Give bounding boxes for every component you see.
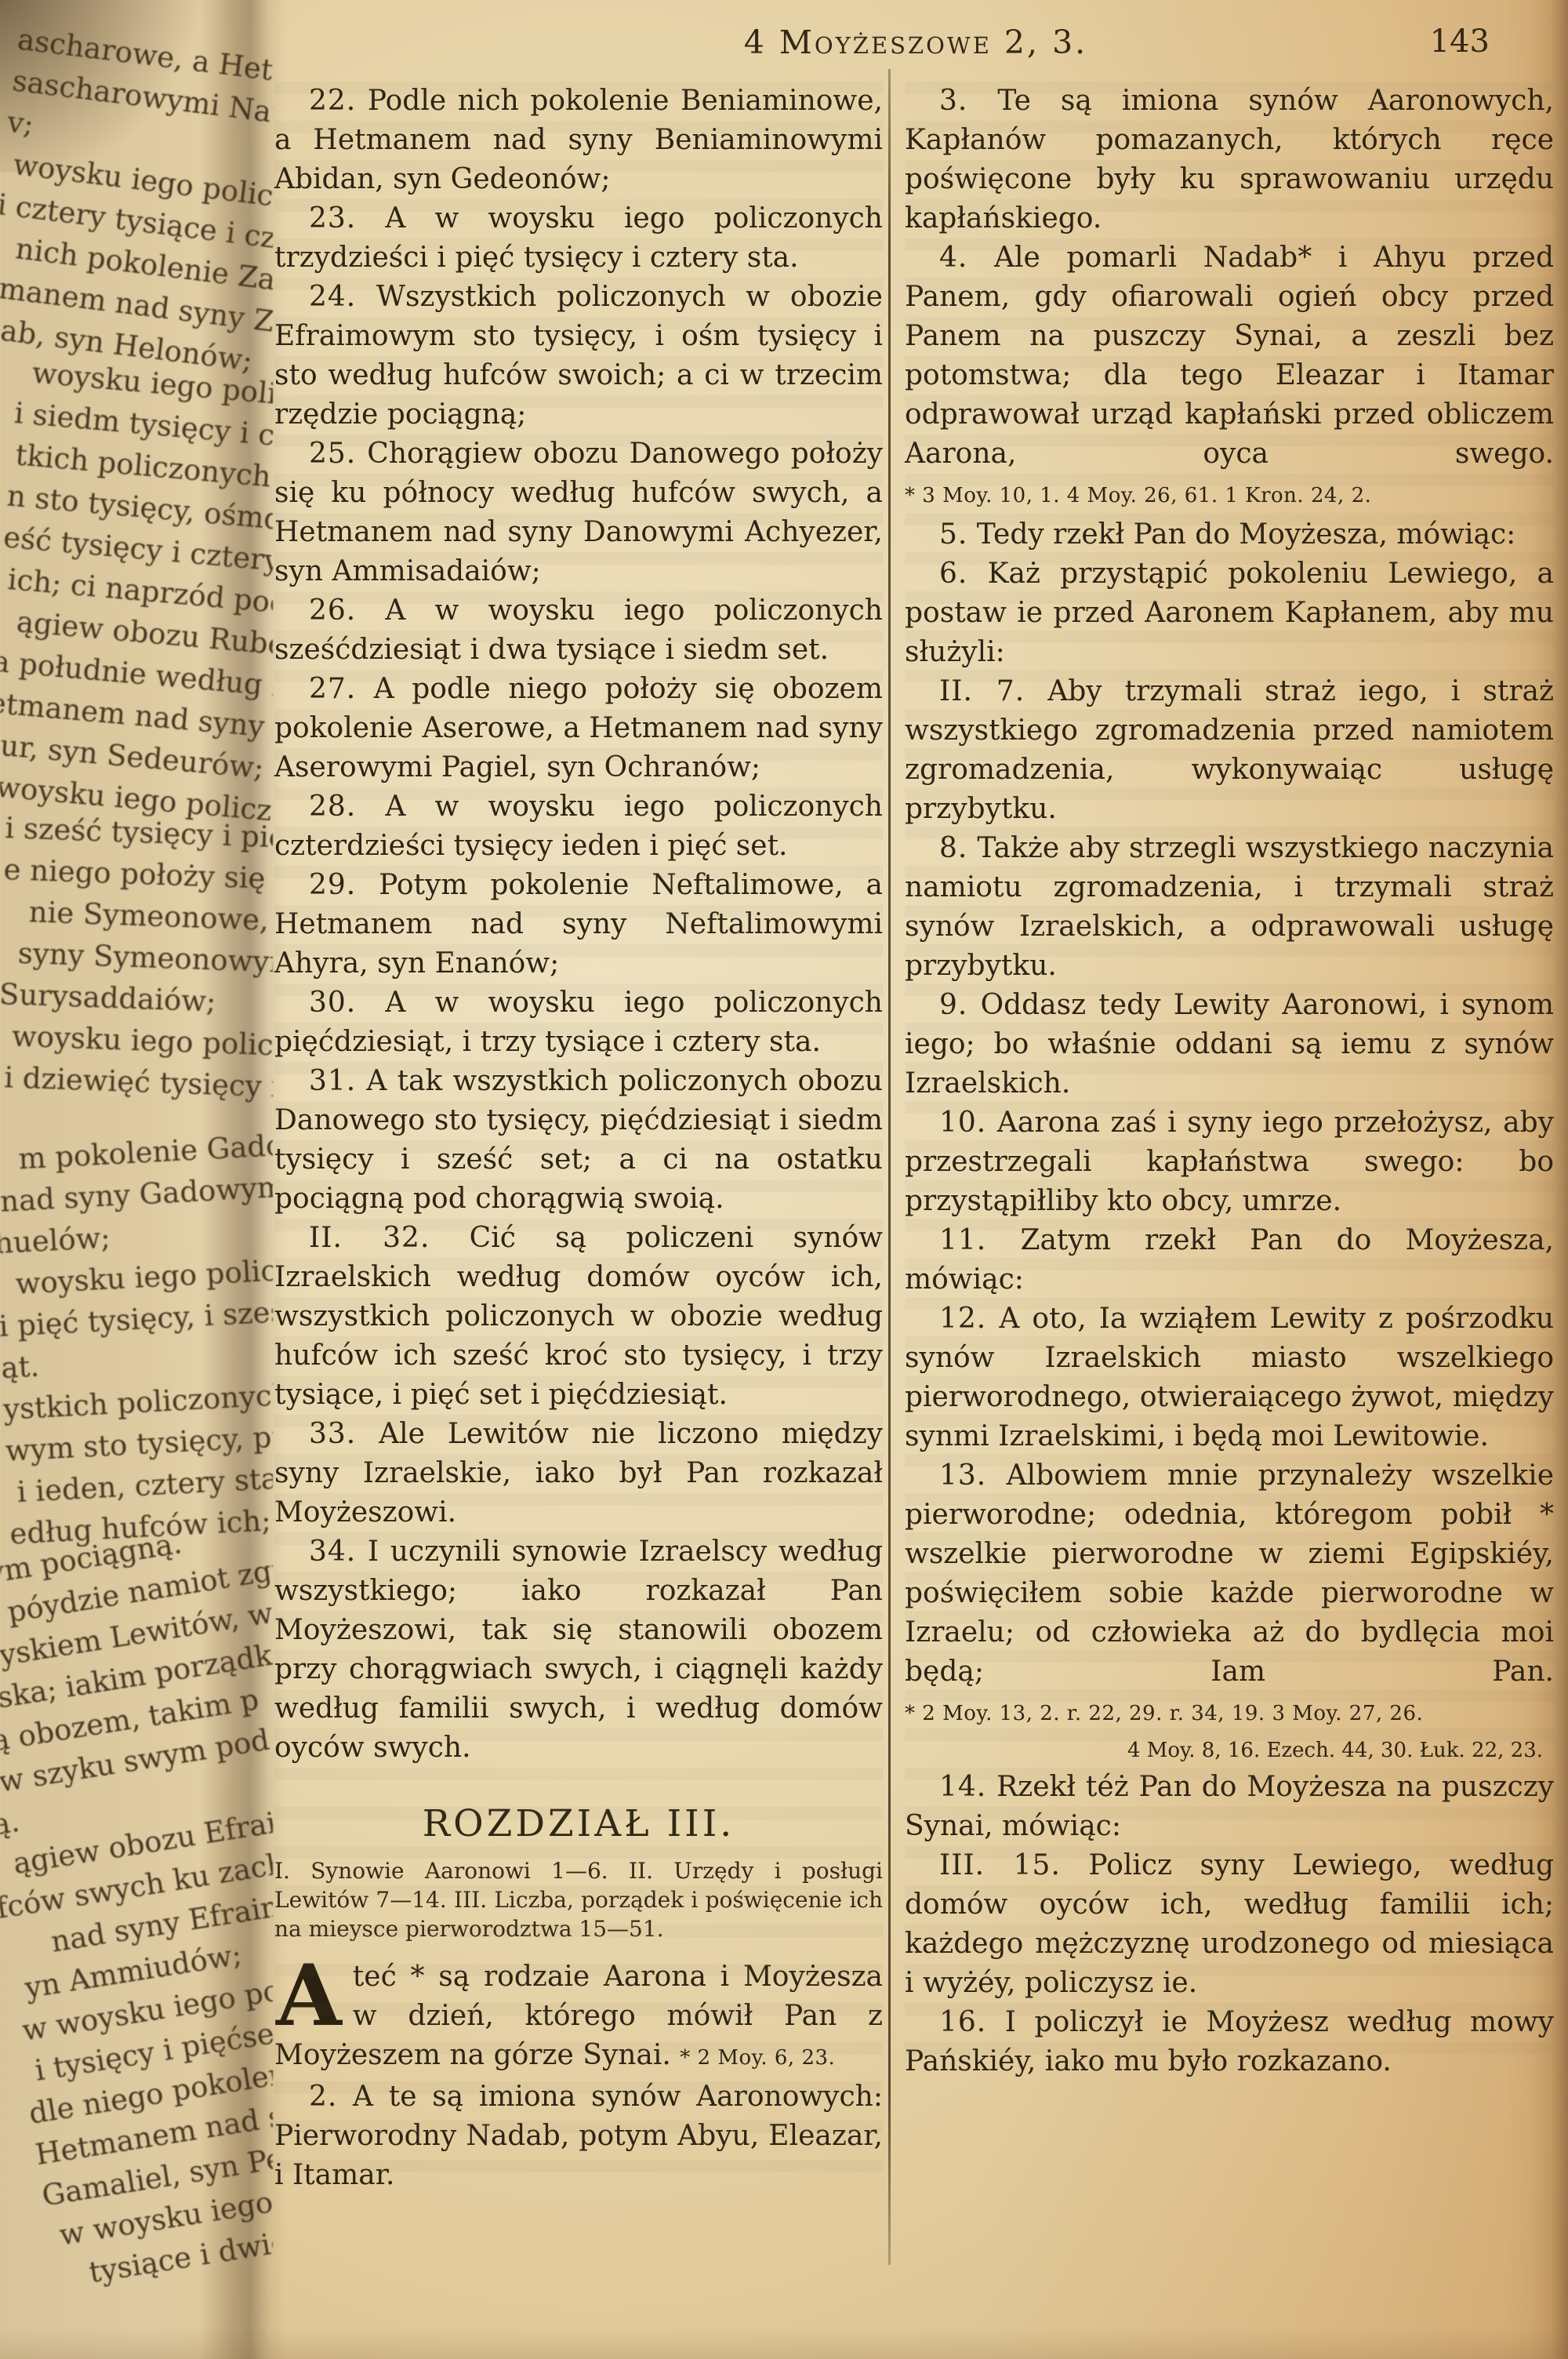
scanned-bible-page: ascharowe, a Hetmsascharowymi Natav;woys… [0, 0, 1568, 2359]
verse-number: 14. [939, 1771, 986, 1803]
verse-number: 34. [309, 1536, 356, 1568]
verse-number: 27. [309, 673, 356, 705]
verse-number: III. 15. [939, 1849, 1061, 1881]
verse-number: 10. [939, 1107, 986, 1139]
verse-paragraph: 12. A oto, Ia wziąłem Lewity z pośrzodku… [905, 1299, 1554, 1456]
verse-paragraph: 16. I policzył ie Moyżesz według mowy Pa… [905, 2003, 1554, 2081]
verse-paragraph: 5. Tedy rzekł Pan do Moyżesza, mówiąc: [905, 515, 1554, 554]
verse-number: 13. [939, 1459, 986, 1492]
verse-number: 12. [939, 1303, 986, 1335]
curved-text-segment: órym pociągną.m póydzie namiot zgrwoyski… [0, 1517, 273, 2299]
verse-paragraph: 33. Ale Lewitów nie liczono między syny … [274, 1415, 883, 1532]
verse-number: 29. [309, 869, 356, 901]
verse-paragraph: Ateć * są rodzaie Aarona i Moyżesza w dz… [274, 1957, 883, 2077]
verse-number: 33. [309, 1418, 356, 1450]
drop-cap-initial: A [274, 1957, 353, 2030]
verse-number: II. 7. [939, 675, 1025, 707]
verse-paragraph: 23. A w woysku iego policzonych trzydzie… [274, 199, 883, 278]
verse-number: 2. [309, 2081, 337, 2113]
curved-text-segment: woysku iego policzoi siedm tysięcy i czt… [0, 351, 273, 830]
verse-number: II. 32. [309, 1222, 430, 1254]
verse-number: 16. [939, 2006, 986, 2038]
verse-paragraph: 13. Albowiem mnie przynależy wszelkie pi… [905, 1456, 1554, 1733]
verse-paragraph: 26. A w woysku iego policzonych sześćdzi… [274, 591, 883, 670]
scripture-reference: * 3 Moy. 10, 1. 4 Moy. 26, 61. 1 Kron. 2… [905, 484, 1371, 507]
verse-number: 22. [309, 85, 356, 117]
curved-text-segment: ascharowe, a Hetmsascharowymi Natav;woys… [0, 19, 273, 382]
scripture-reference: 4 Moy. 8, 16. Ezech. 44, 30. Łuk. 22, 23… [905, 1733, 1554, 1768]
verse-number: 28. [309, 791, 356, 823]
verse-paragraph: 4. Ale pomarli Nadab* i Ahyu przed Panem… [905, 238, 1554, 515]
verse-paragraph: 24. Wszystkich policzonych w obozie Efra… [274, 278, 883, 434]
verse-number: 31. [309, 1065, 356, 1097]
verse-paragraph: II. 32. Cić są policzeni synów Izraelski… [274, 1219, 883, 1415]
verse-paragraph: 14. Rzekł téż Pan do Moyżesza na puszczy… [905, 1768, 1554, 1846]
verse-number: 25. [309, 438, 356, 470]
page-header: 4 Moyżeszowe 2, 3. 143 [273, 24, 1559, 78]
main-text-column-right: 3. Te są imiona synów Aaronowych, Kapłan… [905, 82, 1554, 2081]
verse-paragraph: 10. Aarona zaś i syny iego przełożysz, a… [905, 1103, 1554, 1221]
verse-paragraph: 6. Każ przystąpić pokoleniu Lewiego, a p… [905, 554, 1554, 672]
verse-paragraph: 11. Zatym rzekł Pan do Moyżesza, mówiąc: [905, 1221, 1554, 1299]
running-head-title: 4 Moyżeszowe 2, 3. [273, 24, 1559, 61]
verse-paragraph: II. 7. Aby trzymali straż iego, i straż … [905, 672, 1554, 829]
verse-paragraph: 31. A tak wszystkich policzonych obozu D… [274, 1062, 883, 1219]
column-divider-rule [888, 69, 891, 2265]
chapter-summary: I. Synowie Aaronowi 1—6. II. Urzędy i po… [274, 1856, 883, 1943]
curved-text-segment: m pokolenie Gadownad syny Gadowymihuelów… [0, 1125, 273, 1554]
verse-paragraph: 8. Także aby strzegli wszystkiego naczyn… [905, 829, 1554, 986]
verse-number: 9. [939, 989, 967, 1021]
verse-paragraph: 34. I uczynili synowie Izraelscy według … [274, 1532, 883, 1768]
scripture-reference: * 2 Moy. 6, 23. [680, 2046, 835, 2070]
verse-paragraph: III. 15. Policz syny Lewiego, według dom… [905, 1846, 1554, 2003]
verse-number: 24. [309, 281, 356, 313]
verse-paragraph: 25. Chorągiew obozu Danowego położy się … [274, 434, 883, 591]
page-number: 143 [1430, 24, 1490, 60]
adjacent-page-partial-column: ascharowe, a Hetmsascharowymi Natav;woys… [0, 0, 273, 2359]
curved-text-segment: i sześć tysięcy i pięe niego położy sięn… [0, 807, 273, 1149]
scripture-reference: * 2 Moy. 13, 2. r. 22, 29. r. 34, 19. 3 … [905, 1702, 1423, 1725]
verse-paragraph: 2. A te są imiona synów Aaronowych: Pier… [274, 2077, 883, 2195]
verse-paragraph: 3. Te są imiona synów Aaronowych, Kapłan… [905, 82, 1554, 238]
verse-number: 11. [939, 1224, 986, 1256]
verse-paragraph: 9. Oddasz tedy Lewity Aaronowi, i synom … [905, 986, 1554, 1103]
verse-number: 4. [939, 242, 967, 274]
main-text-column-left: 22. Podle nich pokolenie Beniaminowe, a … [274, 82, 883, 2195]
verse-paragraph: 30. A w woysku iego policzonych pięćdzie… [274, 983, 883, 1062]
verse-number: 26. [309, 594, 356, 627]
chapter-heading: ROZDZIAŁ III. [274, 1802, 883, 1845]
verse-number: 3. [939, 85, 967, 117]
verse-paragraph: 29. Potym pokolenie Neftalimowe, a Hetma… [274, 866, 883, 983]
verse-number: 8. [939, 832, 967, 864]
verse-paragraph: 27. A podle niego położy się obozem poko… [274, 670, 883, 787]
verse-paragraph: 22. Podle nich pokolenie Beniaminowe, a … [274, 82, 883, 199]
verse-number: 23. [309, 202, 356, 234]
verse-paragraph: 28. A w woysku iego policzonych czterdzi… [274, 787, 883, 866]
verse-number: 6. [939, 558, 967, 590]
verse-number: 5. [939, 518, 967, 551]
verse-number: 30. [309, 987, 356, 1019]
